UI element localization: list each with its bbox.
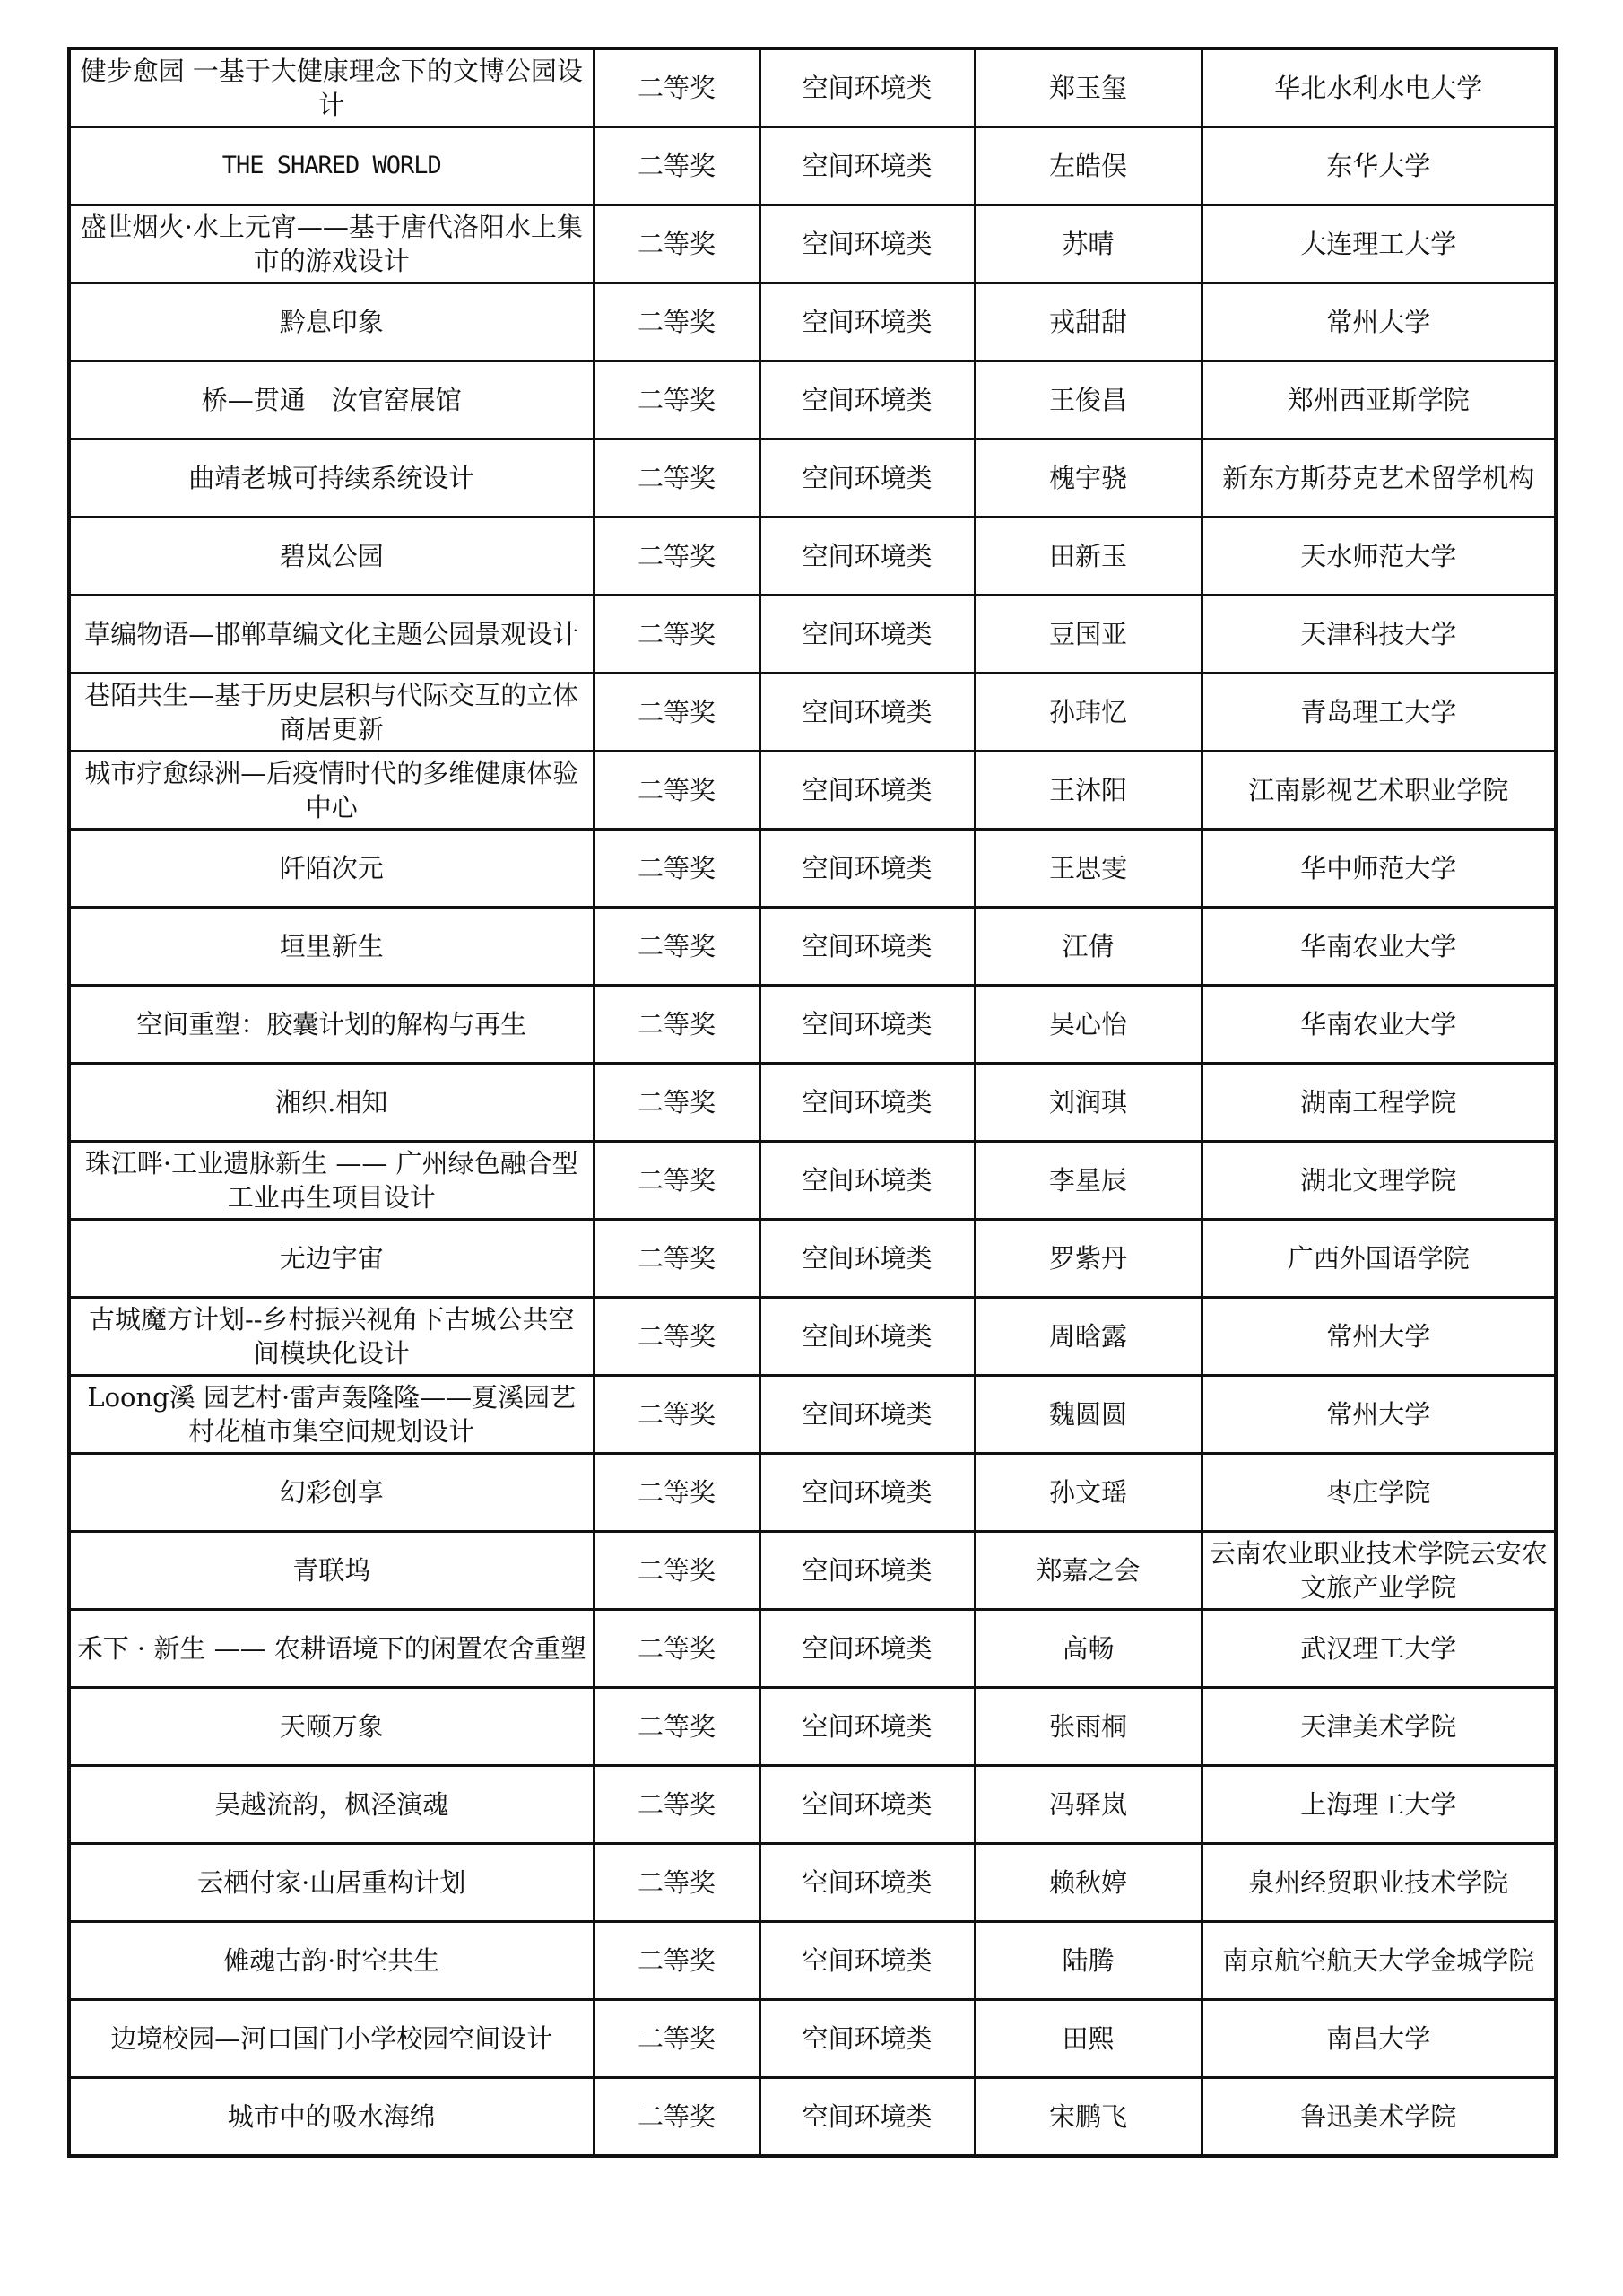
table-row: 湘织.相知 二等奖 空间环境类 刘润琪 湖南工程学院 bbox=[69, 1064, 1556, 1142]
award-level-cell: 二等奖 bbox=[594, 908, 759, 986]
table-row: 城市疗愈绿洲—后疫情时代的多维健康体验中心 二等奖 空间环境类 王沐阳 江南影视… bbox=[69, 752, 1556, 830]
author-name-cell: 左皓俣 bbox=[975, 127, 1202, 205]
award-level-cell: 二等奖 bbox=[594, 439, 759, 517]
author-name-cell: 苏晴 bbox=[975, 205, 1202, 283]
category-cell: 空间环境类 bbox=[759, 1766, 975, 1844]
work-title-cell: 湘织.相知 bbox=[69, 1064, 594, 1142]
school-cell: 云南农业职业技术学院云安农文旅产业学院 bbox=[1202, 1532, 1556, 1610]
table-row: 傩魂古韵·时空共生 二等奖 空间环境类 陆腾 南京航空航天大学金城学院 bbox=[69, 1922, 1556, 2000]
author-name-cell: 江倩 bbox=[975, 908, 1202, 986]
category-cell: 空间环境类 bbox=[759, 361, 975, 439]
table-row: 边境校园—河口国门小学校园空间设计 二等奖 空间环境类 田熙 南昌大学 bbox=[69, 2000, 1556, 2078]
category-cell: 空间环境类 bbox=[759, 283, 975, 361]
award-level-cell: 二等奖 bbox=[594, 1922, 759, 2000]
work-title-cell: 古城魔方计划--乡村振兴视角下古城公共空间模块化设计 bbox=[69, 1298, 594, 1376]
table-row: 健步愈园 一基于大健康理念下的文博公园设计 二等奖 空间环境类 郑玉玺 华北水利… bbox=[69, 48, 1556, 127]
category-cell: 空间环境类 bbox=[759, 1298, 975, 1376]
table-row: 珠江畔·工业遗脉新生 —— 广州绿色融合型工业再生项目设计 二等奖 空间环境类 … bbox=[69, 1142, 1556, 1220]
school-cell: 青岛理工大学 bbox=[1202, 674, 1556, 752]
award-level-cell: 二等奖 bbox=[594, 127, 759, 205]
author-name-cell: 槐宇骁 bbox=[975, 439, 1202, 517]
author-name-cell: 王俊昌 bbox=[975, 361, 1202, 439]
school-cell: 江南影视艺术职业学院 bbox=[1202, 752, 1556, 830]
table-row: 青联坞 二等奖 空间环境类 郑嘉之会 云南农业职业技术学院云安农文旅产业学院 bbox=[69, 1532, 1556, 1610]
table-row: THE SHARED WORLD 二等奖 空间环境类 左皓俣 东华大学 bbox=[69, 127, 1556, 205]
table-row: 禾下 · 新生 —— 农耕语境下的闲置农舍重塑 二等奖 空间环境类 高畅 武汉理… bbox=[69, 1610, 1556, 1688]
author-name-cell: 吴心怡 bbox=[975, 986, 1202, 1064]
category-cell: 空间环境类 bbox=[759, 752, 975, 830]
author-name-cell: 宋鹏飞 bbox=[975, 2078, 1202, 2157]
school-cell: 郑州西亚斯学院 bbox=[1202, 361, 1556, 439]
school-cell: 华北水利水电大学 bbox=[1202, 48, 1556, 127]
category-cell: 空间环境类 bbox=[759, 1142, 975, 1220]
award-level-cell: 二等奖 bbox=[594, 1220, 759, 1298]
award-level-cell: 二等奖 bbox=[594, 1142, 759, 1220]
category-cell: 空间环境类 bbox=[759, 2078, 975, 2157]
category-cell: 空间环境类 bbox=[759, 908, 975, 986]
award-list-body: 健步愈园 一基于大健康理念下的文博公园设计 二等奖 空间环境类 郑玉玺 华北水利… bbox=[69, 48, 1556, 2156]
award-level-cell: 二等奖 bbox=[594, 48, 759, 127]
school-cell: 常州大学 bbox=[1202, 1298, 1556, 1376]
author-name-cell: 田新玉 bbox=[975, 517, 1202, 596]
award-level-cell: 二等奖 bbox=[594, 1532, 759, 1610]
category-cell: 空间环境类 bbox=[759, 2000, 975, 2078]
author-name-cell: 郑玉玺 bbox=[975, 48, 1202, 127]
work-title-cell: 桥—贯通 汝官窑展馆 bbox=[69, 361, 594, 439]
table-row: 空间重塑：胶囊计划的解构与再生 二等奖 空间环境类 吴心怡 华南农业大学 bbox=[69, 986, 1556, 1064]
category-cell: 空间环境类 bbox=[759, 48, 975, 127]
author-name-cell: 李星辰 bbox=[975, 1142, 1202, 1220]
author-name-cell: 高畅 bbox=[975, 1610, 1202, 1688]
school-cell: 新东方斯芬克艺术留学机构 bbox=[1202, 439, 1556, 517]
table-row: 城市中的吸水海绵 二等奖 空间环境类 宋鹏飞 鲁迅美术学院 bbox=[69, 2078, 1556, 2157]
author-name-cell: 赖秋婷 bbox=[975, 1844, 1202, 1922]
table-row: 天颐万象 二等奖 空间环境类 张雨桐 天津美术学院 bbox=[69, 1688, 1556, 1766]
school-cell: 广西外国语学院 bbox=[1202, 1220, 1556, 1298]
school-cell: 华南农业大学 bbox=[1202, 908, 1556, 986]
table-row: Loong溪 园艺村·雷声轰隆隆——夏溪园艺村花植市集空间规划设计 二等奖 空间… bbox=[69, 1376, 1556, 1454]
award-level-cell: 二等奖 bbox=[594, 1688, 759, 1766]
author-name-cell: 陆腾 bbox=[975, 1922, 1202, 2000]
work-title-cell: 青联坞 bbox=[69, 1532, 594, 1610]
work-title-cell: 边境校园—河口国门小学校园空间设计 bbox=[69, 2000, 594, 2078]
school-cell: 常州大学 bbox=[1202, 1376, 1556, 1454]
table-row: 无边宇宙 二等奖 空间环境类 罗紫丹 广西外国语学院 bbox=[69, 1220, 1556, 1298]
category-cell: 空间环境类 bbox=[759, 1844, 975, 1922]
category-cell: 空间环境类 bbox=[759, 1220, 975, 1298]
award-level-cell: 二等奖 bbox=[594, 830, 759, 908]
work-title-cell: 无边宇宙 bbox=[69, 1220, 594, 1298]
work-title-cell: 曲靖老城可持续系统设计 bbox=[69, 439, 594, 517]
table-row: 古城魔方计划--乡村振兴视角下古城公共空间模块化设计 二等奖 空间环境类 周晗露… bbox=[69, 1298, 1556, 1376]
school-cell: 湖南工程学院 bbox=[1202, 1064, 1556, 1142]
table-row: 盛世烟火·水上元宵——基于唐代洛阳水上集市的游戏设计 二等奖 空间环境类 苏晴 … bbox=[69, 205, 1556, 283]
work-title-cell: 盛世烟火·水上元宵——基于唐代洛阳水上集市的游戏设计 bbox=[69, 205, 594, 283]
work-title-cell: 云栖付家·山居重构计划 bbox=[69, 1844, 594, 1922]
author-name-cell: 冯驿岚 bbox=[975, 1766, 1202, 1844]
category-cell: 空间环境类 bbox=[759, 1064, 975, 1142]
award-level-cell: 二等奖 bbox=[594, 674, 759, 752]
award-level-cell: 二等奖 bbox=[594, 596, 759, 674]
work-title-cell: 城市疗愈绿洲—后疫情时代的多维健康体验中心 bbox=[69, 752, 594, 830]
award-level-cell: 二等奖 bbox=[594, 2000, 759, 2078]
work-title-cell: 巷陌共生—基于历史层积与代际交互的立体商居更新 bbox=[69, 674, 594, 752]
table-row: 黔息印象 二等奖 空间环境类 戎甜甜 常州大学 bbox=[69, 283, 1556, 361]
school-cell: 天津美术学院 bbox=[1202, 1688, 1556, 1766]
school-cell: 华中师范大学 bbox=[1202, 830, 1556, 908]
school-cell: 南京航空航天大学金城学院 bbox=[1202, 1922, 1556, 2000]
category-cell: 空间环境类 bbox=[759, 127, 975, 205]
school-cell: 鲁迅美术学院 bbox=[1202, 2078, 1556, 2157]
table-row: 碧岚公园 二等奖 空间环境类 田新玉 天水师范大学 bbox=[69, 517, 1556, 596]
author-name-cell: 戎甜甜 bbox=[975, 283, 1202, 361]
award-level-cell: 二等奖 bbox=[594, 752, 759, 830]
category-cell: 空间环境类 bbox=[759, 517, 975, 596]
table-row: 云栖付家·山居重构计划 二等奖 空间环境类 赖秋婷 泉州经贸职业技术学院 bbox=[69, 1844, 1556, 1922]
school-cell: 枣庄学院 bbox=[1202, 1454, 1556, 1532]
school-cell: 上海理工大学 bbox=[1202, 1766, 1556, 1844]
award-level-cell: 二等奖 bbox=[594, 205, 759, 283]
work-title-cell: 天颐万象 bbox=[69, 1688, 594, 1766]
table-row: 巷陌共生—基于历史层积与代际交互的立体商居更新 二等奖 空间环境类 孙玮忆 青岛… bbox=[69, 674, 1556, 752]
school-cell: 大连理工大学 bbox=[1202, 205, 1556, 283]
work-title-cell: 禾下 · 新生 —— 农耕语境下的闲置农舍重塑 bbox=[69, 1610, 594, 1688]
school-cell: 南昌大学 bbox=[1202, 2000, 1556, 2078]
school-cell: 武汉理工大学 bbox=[1202, 1610, 1556, 1688]
award-level-cell: 二等奖 bbox=[594, 1610, 759, 1688]
work-title-cell: 幻彩创享 bbox=[69, 1454, 594, 1532]
table-row: 垣里新生 二等奖 空间环境类 江倩 华南农业大学 bbox=[69, 908, 1556, 986]
work-title-cell: Loong溪 园艺村·雷声轰隆隆——夏溪园艺村花植市集空间规划设计 bbox=[69, 1376, 594, 1454]
table-row: 草编物语—邯郸草编文化主题公园景观设计 二等奖 空间环境类 豆国亚 天津科技大学 bbox=[69, 596, 1556, 674]
award-level-cell: 二等奖 bbox=[594, 361, 759, 439]
category-cell: 空间环境类 bbox=[759, 439, 975, 517]
school-cell: 天津科技大学 bbox=[1202, 596, 1556, 674]
work-title-cell: 吴越流韵，枫泾演魂 bbox=[69, 1766, 594, 1844]
school-cell: 泉州经贸职业技术学院 bbox=[1202, 1844, 1556, 1922]
author-name-cell: 孙玮忆 bbox=[975, 674, 1202, 752]
award-level-cell: 二等奖 bbox=[594, 2078, 759, 2157]
work-title-cell: 草编物语—邯郸草编文化主题公园景观设计 bbox=[69, 596, 594, 674]
category-cell: 空间环境类 bbox=[759, 830, 975, 908]
table-row: 曲靖老城可持续系统设计 二等奖 空间环境类 槐宇骁 新东方斯芬克艺术留学机构 bbox=[69, 439, 1556, 517]
work-title-cell: 健步愈园 一基于大健康理念下的文博公园设计 bbox=[69, 48, 594, 127]
school-cell: 东华大学 bbox=[1202, 127, 1556, 205]
award-level-cell: 二等奖 bbox=[594, 1064, 759, 1142]
author-name-cell: 周晗露 bbox=[975, 1298, 1202, 1376]
author-name-cell: 孙文瑶 bbox=[975, 1454, 1202, 1532]
work-title-cell: 城市中的吸水海绵 bbox=[69, 2078, 594, 2157]
award-level-cell: 二等奖 bbox=[594, 1298, 759, 1376]
award-level-cell: 二等奖 bbox=[594, 1376, 759, 1454]
award-level-cell: 二等奖 bbox=[594, 1454, 759, 1532]
work-title-cell: 空间重塑：胶囊计划的解构与再生 bbox=[69, 986, 594, 1064]
award-level-cell: 二等奖 bbox=[594, 283, 759, 361]
work-title-cell: 碧岚公园 bbox=[69, 517, 594, 596]
author-name-cell: 田熙 bbox=[975, 2000, 1202, 2078]
author-name-cell: 王思雯 bbox=[975, 830, 1202, 908]
award-level-cell: 二等奖 bbox=[594, 1766, 759, 1844]
award-level-cell: 二等奖 bbox=[594, 1844, 759, 1922]
work-title-cell: 阡陌次元 bbox=[69, 830, 594, 908]
category-cell: 空间环境类 bbox=[759, 1376, 975, 1454]
author-name-cell: 张雨桐 bbox=[975, 1688, 1202, 1766]
table-row: 阡陌次元 二等奖 空间环境类 王思雯 华中师范大学 bbox=[69, 830, 1556, 908]
category-cell: 空间环境类 bbox=[759, 1532, 975, 1610]
category-cell: 空间环境类 bbox=[759, 674, 975, 752]
award-list-table: 健步愈园 一基于大健康理念下的文博公园设计 二等奖 空间环境类 郑玉玺 华北水利… bbox=[67, 47, 1558, 2158]
table-row: 桥—贯通 汝官窑展馆 二等奖 空间环境类 王俊昌 郑州西亚斯学院 bbox=[69, 361, 1556, 439]
author-name-cell: 刘润琪 bbox=[975, 1064, 1202, 1142]
work-title-cell: 黔息印象 bbox=[69, 283, 594, 361]
table-row: 吴越流韵，枫泾演魂 二等奖 空间环境类 冯驿岚 上海理工大学 bbox=[69, 1766, 1556, 1844]
category-cell: 空间环境类 bbox=[759, 1610, 975, 1688]
category-cell: 空间环境类 bbox=[759, 986, 975, 1064]
school-cell: 华南农业大学 bbox=[1202, 986, 1556, 1064]
author-name-cell: 豆国亚 bbox=[975, 596, 1202, 674]
category-cell: 空间环境类 bbox=[759, 596, 975, 674]
work-title-cell: 垣里新生 bbox=[69, 908, 594, 986]
category-cell: 空间环境类 bbox=[759, 1922, 975, 2000]
award-level-cell: 二等奖 bbox=[594, 986, 759, 1064]
author-name-cell: 魏圆圆 bbox=[975, 1376, 1202, 1454]
work-title-cell: 珠江畔·工业遗脉新生 —— 广州绿色融合型工业再生项目设计 bbox=[69, 1142, 594, 1220]
category-cell: 空间环境类 bbox=[759, 1454, 975, 1532]
table-row: 幻彩创享 二等奖 空间环境类 孙文瑶 枣庄学院 bbox=[69, 1454, 1556, 1532]
school-cell: 湖北文理学院 bbox=[1202, 1142, 1556, 1220]
author-name-cell: 王沐阳 bbox=[975, 752, 1202, 830]
work-title-cell: THE SHARED WORLD bbox=[69, 127, 594, 205]
category-cell: 空间环境类 bbox=[759, 1688, 975, 1766]
school-cell: 常州大学 bbox=[1202, 283, 1556, 361]
author-name-cell: 郑嘉之会 bbox=[975, 1532, 1202, 1610]
author-name-cell: 罗紫丹 bbox=[975, 1220, 1202, 1298]
category-cell: 空间环境类 bbox=[759, 205, 975, 283]
school-cell: 天水师范大学 bbox=[1202, 517, 1556, 596]
award-level-cell: 二等奖 bbox=[594, 517, 759, 596]
work-title-cell: 傩魂古韵·时空共生 bbox=[69, 1922, 594, 2000]
